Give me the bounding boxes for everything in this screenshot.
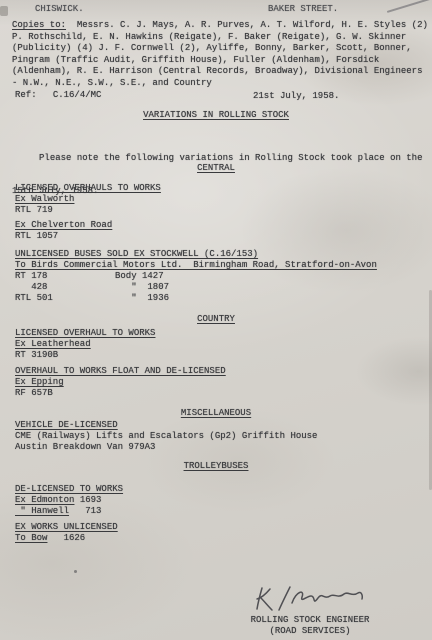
ref-value: C.16/4/MC xyxy=(53,90,102,100)
trolley-exworks-group: EX WORKS UNLICENSED To Bow 1626 xyxy=(15,522,118,544)
fleet-number: RTL 501 xyxy=(15,293,115,304)
sold-row: RT 178 Body 1427 xyxy=(15,271,377,282)
central-vehicle-rtl1057: RTL 1057 xyxy=(15,231,161,242)
title-row: VARIATIONS IN ROLLING STOCK xyxy=(0,110,432,121)
section-central-heading: CENTRAL xyxy=(197,163,235,173)
copies-body: Messrs. C. J. Mays, A. R. Purves, A. T. … xyxy=(12,20,432,88)
country-licensed-title: LICENSED OVERHAUL TO WORKS xyxy=(15,328,155,339)
trolley-number: 1693 xyxy=(74,495,101,505)
trolley-number: 713 xyxy=(69,506,101,516)
central-licensed-group: LICENSED OVERHAULS TO WORKS Ex Walworth … xyxy=(15,183,161,242)
copies-paragraph: Copies to: Messrs. C. J. Mays, A. R. Pur… xyxy=(12,20,430,89)
copies-label: Copies to: xyxy=(12,20,66,30)
section-country-heading: COUNTRY xyxy=(197,314,235,324)
central-garage-chelverton: Ex Chelverton Road xyxy=(15,220,161,231)
sold-row: 428 ″ 1807 xyxy=(15,282,377,293)
section-misc-heading: MISCELLANEOUS xyxy=(181,408,251,418)
sold-title: UNLICENSED BUSES SOLD EX STOCKWELL (C.16… xyxy=(15,249,377,260)
sold-buyer: To Birds Commercial Motors Ltd. Birmingh… xyxy=(15,260,377,271)
pen-corner-mark xyxy=(387,0,432,13)
exworks-title: EX WORKS UNLICENSED xyxy=(15,522,118,533)
ref-label: Ref: xyxy=(15,90,37,100)
signature-block: ROLLING STOCK ENGINEER (ROAD SERVICES) xyxy=(240,583,380,637)
central-licensed-title: LICENSED OVERHAULS TO WORKS xyxy=(15,183,161,194)
trolley-number: 1626 xyxy=(47,533,85,543)
office-right: BAKER STREET. xyxy=(268,4,338,15)
page-title: VARIATIONS IN ROLLING STOCK xyxy=(143,110,289,120)
misc-line-cme: CME (Railways) Lifts and Escalators (Gp2… xyxy=(15,431,425,442)
depot-hanwell: " Hanwell xyxy=(15,506,69,516)
float-garage-epping: Ex Epping xyxy=(15,377,226,388)
central-vehicle-rtl719: RTL 719 xyxy=(15,205,161,216)
depot-edmonton: Ex Edmonton xyxy=(15,495,74,505)
trolley-row: To Bow 1626 xyxy=(15,533,118,544)
trolley-row: Ex Edmonton 1693 xyxy=(15,495,123,506)
section-misc-heading-row: MISCELLANEOUS xyxy=(0,408,432,419)
document-page: CHISWICK. BAKER STREET. Copies to: Messr… xyxy=(0,0,432,640)
body-number: Body 1427 xyxy=(115,271,164,282)
document-date: 21st July, 1958. xyxy=(253,91,339,102)
country-float-group: OVERHAUL TO WORKS FLOAT AND DE-LICENSED … xyxy=(15,366,226,399)
misc-line-austin: Austin Breakdown Van 979A3 xyxy=(15,442,425,453)
float-title: OVERHAUL TO WORKS FLOAT AND DE-LICENSED xyxy=(15,366,226,377)
country-vehicle-rt3190b: RT 3190B xyxy=(15,350,155,361)
ink-speck xyxy=(74,570,77,573)
depot-bow: To Bow xyxy=(15,533,47,543)
handwritten-signature xyxy=(250,583,370,615)
section-trolleybuses-heading: TROLLEYBUSES xyxy=(184,461,249,471)
trolley-delicensed-title: DE-LICENSED TO WORKS xyxy=(15,484,123,495)
trolley-row: " Hanwell 713 xyxy=(15,506,123,517)
body-number: ″ 1807 xyxy=(115,282,169,293)
fleet-number: 428 xyxy=(15,282,115,293)
ref-row: Ref: C.16/4/MC xyxy=(15,90,101,101)
signatory-dept: (ROAD SERVICES) xyxy=(240,626,380,637)
section-trolleybuses-heading-row: TROLLEYBUSES xyxy=(0,461,432,472)
edge-smudge xyxy=(0,6,8,16)
misc-title: VEHICLE DE-LICENSED xyxy=(15,420,425,431)
country-garage-leatherhead: Ex Leatherhead xyxy=(15,339,155,350)
office-left: CHISWICK. xyxy=(35,4,84,15)
misc-delicensed-group: VEHICLE DE-LICENSED CME (Railways) Lifts… xyxy=(15,420,425,453)
sold-row: RTL 501 ″ 1936 xyxy=(15,293,377,304)
body-number: ″ 1936 xyxy=(115,293,169,304)
float-vehicle-rf657b: RF 657B xyxy=(15,388,226,399)
central-sold-group: UNLICENSED BUSES SOLD EX STOCKWELL (C.16… xyxy=(15,249,377,304)
section-country-heading-row: COUNTRY xyxy=(0,314,432,325)
fleet-number: RT 178 xyxy=(15,271,115,282)
trolley-delicensed-group: DE-LICENSED TO WORKS Ex Edmonton 1693 " … xyxy=(15,484,123,517)
country-licensed-group: LICENSED OVERHAUL TO WORKS Ex Leatherhea… xyxy=(15,328,155,361)
section-central-heading-row: CENTRAL xyxy=(0,163,432,174)
signatory-role: ROLLING STOCK ENGINEER xyxy=(240,615,380,626)
central-garage-walworth: Ex Walworth xyxy=(15,194,161,205)
